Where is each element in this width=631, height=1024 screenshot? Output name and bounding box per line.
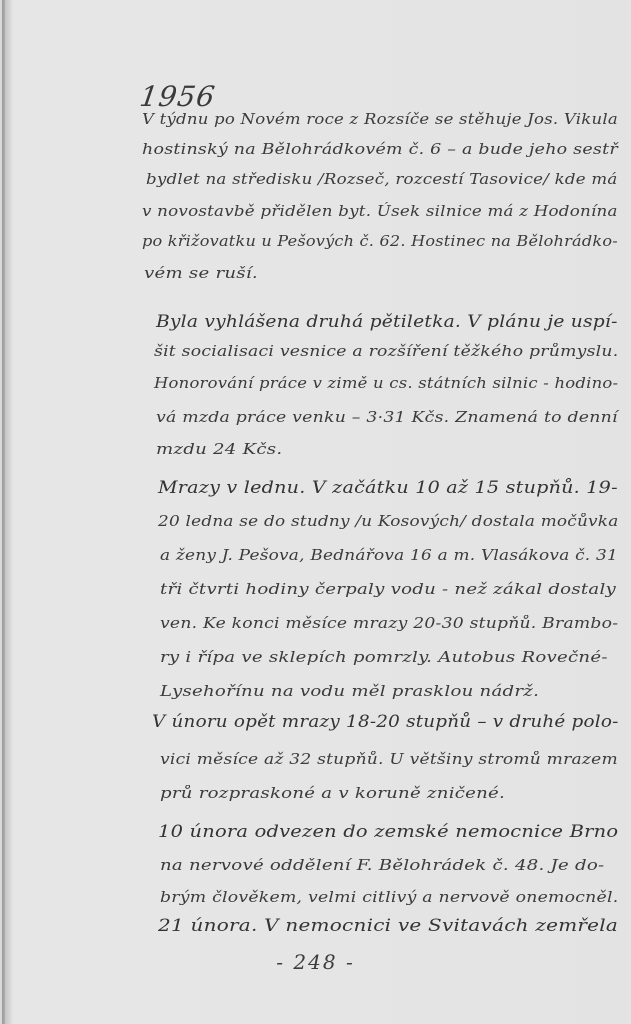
year-heading: 1956 — [138, 80, 218, 113]
text-line: Honorování práce v zimě u cs. státních s… — [154, 376, 618, 392]
text-line: bydlet na středisku /Rozseč, rozcestí Ta… — [146, 172, 618, 188]
text-line: a ženy J. Pešova, Bednářova 16 a m. Vlas… — [160, 548, 618, 564]
text-line: Byla vyhlášena druhá pětiletka. V plánu … — [156, 312, 618, 332]
text-line: vici měsíce až 32 stupňů. U většiny stro… — [160, 752, 618, 768]
scanned-page: 1956 V týdnu po Novém roce z Rozsíče se … — [0, 0, 631, 1024]
text-line: Mrazy v lednu. V začátku 10 až 15 stupňů… — [158, 478, 618, 498]
text-line: 20 ledna se do studny /u Kosových/ dosta… — [158, 514, 619, 530]
binding-shadow — [5, 0, 13, 1024]
text-line: po křižovatku u Pešových č. 62. Hostinec… — [142, 234, 618, 250]
text-line: brým člověkem, velmi citlivý a nervově o… — [160, 890, 618, 906]
text-line: šit socialisaci vesnice a rozšíření těžk… — [154, 344, 618, 360]
text-line: hostinský na Bělohrádkovém č. 6 – a bude… — [142, 142, 618, 158]
text-line: ven. Ke konci měsíce mrazy 20-30 stupňů.… — [160, 616, 618, 632]
text-line: v novostavbě přidělen byt. Úsek silnice … — [142, 204, 618, 220]
text-line: ry i řípa ve sklepích pomrzly. Autobus R… — [160, 650, 608, 666]
text-line: 10 února odvezen do zemské nemocnice Brn… — [158, 822, 618, 842]
text-line: vém se ruší. — [144, 266, 258, 282]
text-line: V únoru opět mrazy 18-20 stupňů – v druh… — [152, 712, 619, 732]
text-line: mzdu 24 Kčs. — [156, 442, 282, 458]
text-line: na nervové oddělení F. Bělohrádek č. 48.… — [160, 858, 604, 874]
text-line: V týdnu po Novém roce z Rozsíče se stěhu… — [142, 112, 618, 128]
page-number: - 248 - — [0, 950, 631, 974]
text-line: Lysehořínu na vodu měl prasklou nádrž. — [160, 684, 539, 700]
text-line: prů rozpraskoné a v koruně zničené. — [160, 786, 505, 802]
text-line: vá mzda práce venku – 3·31 Kčs. Znamená … — [156, 410, 618, 426]
text-line: 21 února. V nemocnici ve Svitavách zemře… — [158, 916, 618, 936]
text-line: tři čtvrti hodiny čerpaly vodu - než zák… — [160, 582, 616, 598]
